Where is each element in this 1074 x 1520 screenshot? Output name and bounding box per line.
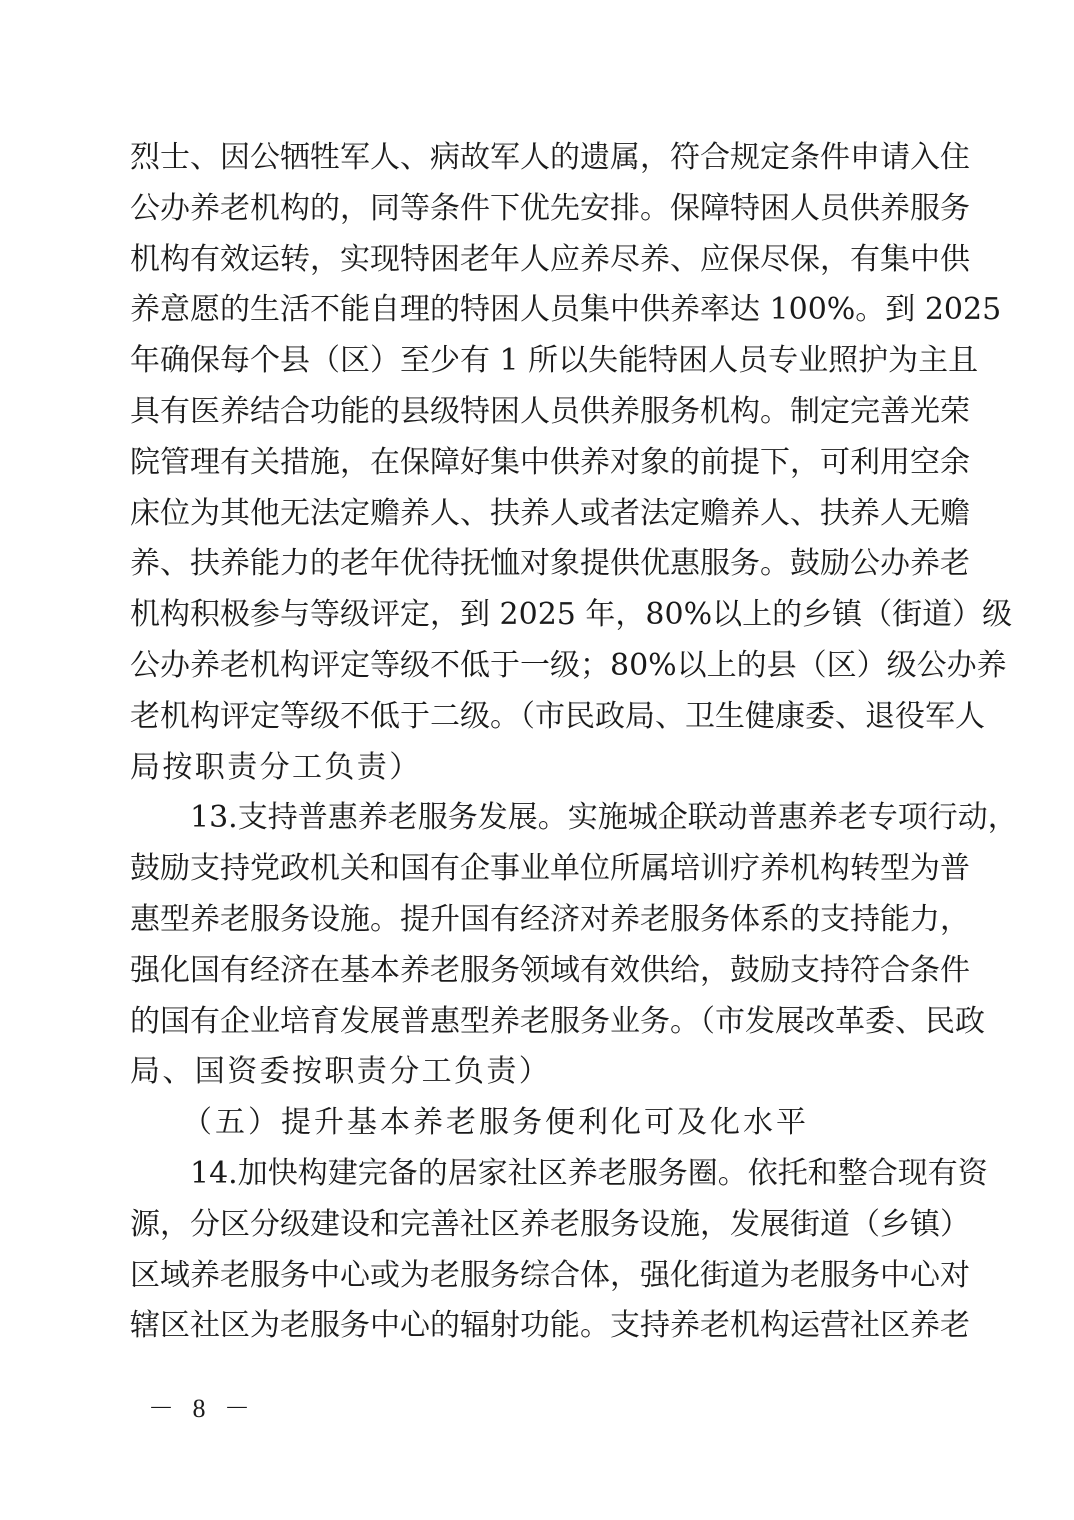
- text-line: 强化国有经济在基本养老服务领域有效供给，鼓励支持符合条件: [130, 946, 946, 997]
- paragraph-12-continued: 烈士、因公牺牲军人、病故军人的遗属，符合规定条件申请入住 公办养老机构的，同等条…: [130, 133, 946, 793]
- section-heading: （五）提升基本养老服务便利化可及化水平: [130, 1098, 946, 1149]
- text-line: 辖区社区为老服务中心的辐射功能。支持养老机构运营社区养老: [130, 1301, 946, 1352]
- text-line: 院管理有关措施，在保障好集中供养对象的前提下，可利用空余: [130, 438, 946, 489]
- text-line: 老机构评定等级不低于二级。（市民政局、卫生健康委、退役军人: [130, 692, 946, 743]
- section-heading-text: （五）提升基本养老服务便利化可及化水平: [130, 1098, 946, 1149]
- text-line: 惠型养老服务设施。提升国有经济对养老服务体系的支持能力，: [130, 895, 946, 946]
- text-line: 局按职责分工负责）: [130, 743, 946, 794]
- text-line: 养、扶养能力的老年优待抚恤对象提供优惠服务。鼓励公办养老: [130, 539, 946, 590]
- paragraph-13: 13.支持普惠养老服务发展。实施城企联动普惠养老专项行动， 鼓励支持党政机关和国…: [130, 793, 946, 1098]
- text-line: 鼓励支持党政机关和国有企事业单位所属培训疗养机构转型为普: [130, 844, 946, 895]
- text-line: 公办养老机构的，同等条件下优先安排。保障特困人员供养服务: [130, 184, 946, 235]
- text-line: 13.支持普惠养老服务发展。实施城企联动普惠养老专项行动，: [130, 793, 946, 844]
- text-line: 区域养老服务中心或为老服务综合体，强化街道为老服务中心对: [130, 1251, 946, 1302]
- text-line: 年确保每个县（区）至少有 1 所以失能特困人员专业照护为主且: [130, 336, 946, 387]
- text-line: 公办养老机构评定等级不低于一级；80%以上的县（区）级公办养: [130, 641, 946, 692]
- text-line: 烈士、因公牺牲军人、病故军人的遗属，符合规定条件申请入住: [130, 133, 946, 184]
- text-line: 源，分区分级建设和完善社区养老服务设施，发展街道（乡镇）: [130, 1200, 946, 1251]
- text-line: 局、国资委按职责分工负责）: [130, 1047, 946, 1098]
- document-page: 烈士、因公牺牲军人、病故军人的遗属，符合规定条件申请入住 公办养老机构的，同等条…: [130, 133, 946, 1352]
- text-line: 的国有企业培育发展普惠型养老服务业务。（市发展改革委、民政: [130, 997, 946, 1048]
- page-number: － 8 －: [148, 1388, 256, 1425]
- text-line: 14.加快构建完备的居家社区养老服务圈。依托和整合现有资: [130, 1149, 946, 1200]
- text-line: 机构有效运转，实现特困老年人应养尽养、应保尽保，有集中供: [130, 235, 946, 286]
- text-line: 具有医养结合功能的县级特困人员供养服务机构。制定完善光荣: [130, 387, 946, 438]
- text-line: 床位为其他无法定赡养人、扶养人或者法定赡养人、扶养人无赡: [130, 489, 946, 540]
- paragraph-14: 14.加快构建完备的居家社区养老服务圈。依托和整合现有资 源，分区分级建设和完善…: [130, 1149, 946, 1352]
- text-line: 养意愿的生活不能自理的特困人员集中供养率达 100%。到 2025: [130, 285, 946, 336]
- text-line: 机构积极参与等级评定，到 2025 年，80%以上的乡镇（街道）级: [130, 590, 946, 641]
